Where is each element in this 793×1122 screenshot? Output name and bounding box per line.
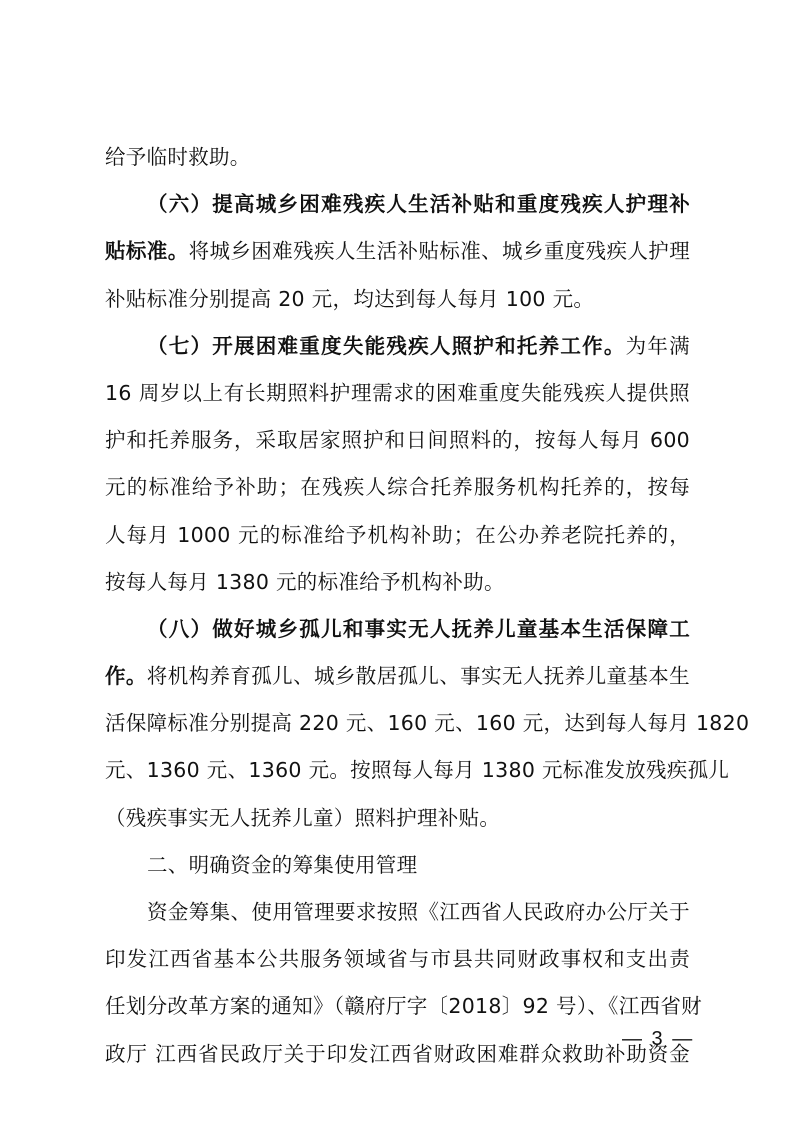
text-span: 将城乡困难残疾人生活补贴标准、城乡重度残疾人护理 [189,239,690,263]
section-heading-8-cont: 作。 [105,664,147,688]
text-line: 给予临时救助。 [105,134,690,181]
text-line: 任划分改革方案的通知》（赣府厅字〔2018〕92 号）、《江西省财 [105,983,690,1030]
text-line: （残疾事实无人抚养儿童）照料护理补贴。 [105,795,690,842]
text-line: 按每人每月 1380 元的标准给予机构补助。 [105,559,690,606]
text-line: 作。将机构养育孤儿、城乡散居孤儿、事实无人抚养儿童基本生 [105,653,690,700]
text-line: 政厅 江西省民政厅关于印发江西省财政困难群众救助补助资金 [105,1031,690,1078]
text-line: 补贴标准分别提高 20 元，均达到每人每月 100 元。 [105,276,690,323]
section-heading-8: （八）做好城乡孤儿和事实无人抚养儿童基本生活保障工 [105,606,690,653]
text-line: 16 周岁以上有长期照料护理需求的困难重度失能残疾人提供照 [105,370,690,417]
text-span: 将机构养育孤儿、城乡散居孤儿、事实无人抚养儿童基本生 [147,664,690,688]
text-line: （七）开展困难重度失能残疾人照护和托养工作。为年满 [105,323,690,370]
text-line: 贴标准。将城乡困难残疾人生活补贴标准、城乡重度残疾人护理 [105,228,690,275]
text-line: 人每月 1000 元的标准给予机构补助；在公办养老院托养的， [105,512,690,559]
text-line: 资金筹集、使用管理要求按照《江西省人民政府办公厅关于 [105,889,690,936]
text-line: 活保障标准分别提高 220 元、160 元、160 元，达到每人每月 1820 [105,700,690,747]
text-line: 护和托养服务，采取居家照护和日间照料的，按每人每月 600 [105,417,690,464]
text-span: 为年满 [626,334,690,358]
section-heading-6-cont: 贴标准。 [105,239,189,263]
section-heading-7: （七）开展困难重度失能残疾人照护和托养工作。 [147,334,626,358]
text-line: 元的标准给予补助；在残疾人综合托养服务机构托养的，按每 [105,464,690,511]
text-line: 印发江西省基本公共服务领域省与市县共同财政事权和支出责 [105,936,690,983]
text-line: 元、1360 元、1360 元。按照每人每月 1380 元标准发放残疾孤儿 [105,747,690,794]
section-heading-6: （六）提高城乡困难残疾人生活补贴和重度残疾人护理补 [105,181,690,228]
page-number: — 3 — [622,1028,694,1051]
section-title-2: 二、明确资金的筹集使用管理 [105,842,690,889]
document-body: 给予临时救助。 （六）提高城乡困难残疾人生活补贴和重度残疾人护理补 贴标准。将城… [105,134,690,1078]
